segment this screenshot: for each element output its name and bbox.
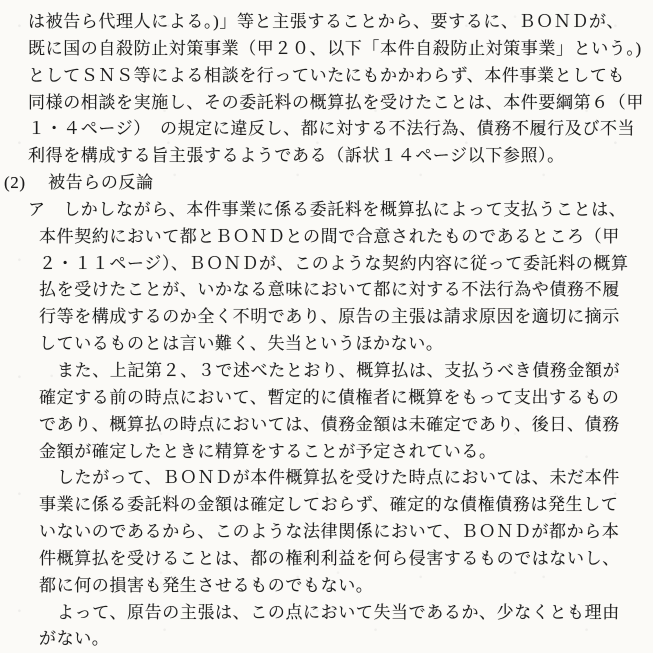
text-line: であり、概算払の時点においては、債務金額は未確定であり、後日、債務 [0, 412, 653, 439]
paragraph-start-line: また、上記第２、３で述べたとおり、概算払は、支払うべき債務金額が [0, 358, 653, 385]
text-line: は被告ら代理人による。)」等と主張することから、要するに、ＢＯＮＤが、 [0, 9, 653, 36]
paragraph-start-line: よって、原告の主張は、この点において失当であるか、少なくとも理由 [0, 600, 653, 627]
text-line: いないのであるから、このような法律関係において、ＢＯＮＤが都から本 [0, 519, 653, 546]
document-page: は被告ら代理人による。)」等と主張することから、要するに、ＢＯＮＤが、 既に国の… [0, 0, 653, 653]
text-line: 既に国の自殺防止対策事業（甲２０、以下「本件自殺防止対策事業」という。) [0, 36, 653, 63]
text-line: 行等を構成するのか全く不明であり、原告の主張は請求原因を適切に摘示 [0, 304, 653, 331]
text-line: 本件契約において都とＢＯＮＤとの間で合意されたものであるところ（甲 [0, 224, 653, 251]
text-line: 件概算払を受けることは、都の権利利益を何ら侵害するものではないし、 [0, 546, 653, 573]
text-line: 事業に係る委託料の金額は確定しておらず、確定的な債権債務は発生して [0, 492, 653, 519]
text-line: 同様の相談を実施し、その委託料の概算払を受けたことは、本件要綱第６（甲 [0, 90, 653, 117]
text-line: 金額が確定したときに精算をすることが予定されている。 [0, 439, 653, 466]
text-line: 確定する前の時点において、暫定的に債権者に概算をもって支出するもの [0, 385, 653, 412]
text-line: がない。 [0, 626, 653, 653]
text-line: 都に何の損害も発生させるものでもない。 [0, 573, 653, 600]
paragraph-a-first-line: ア しかしながら、本件事業に係る委託料を概算払によって支払うことは、 [0, 197, 653, 224]
text-line: １・４ページ） の規定に違反し、都に対する不法行為、債務不履行及び不当 [0, 116, 653, 143]
text-line: しているものとは言い難く、失当というほかない。 [0, 331, 653, 358]
text-line: 払を受けたことが、いかなる意味において都に対する不法行為や債務不履 [0, 277, 653, 304]
paragraph-start-line: したがって、ＢＯＮＤが本件概算払を受けた時点においては、未だ本件 [0, 465, 653, 492]
text-line: 利得を構成する旨主張するようである（訴状１４ページ以下参照）。 [0, 143, 653, 170]
section-heading: (2) 被告らの反論 [0, 170, 653, 197]
text-line: としてＳＮＳ等による相談を行っていたにもかかわらず、本件事業としても [0, 63, 653, 90]
text-line: ２・１１ページ）、ＢＯＮＤが、このような契約内容に従って委託料の概算 [0, 251, 653, 278]
